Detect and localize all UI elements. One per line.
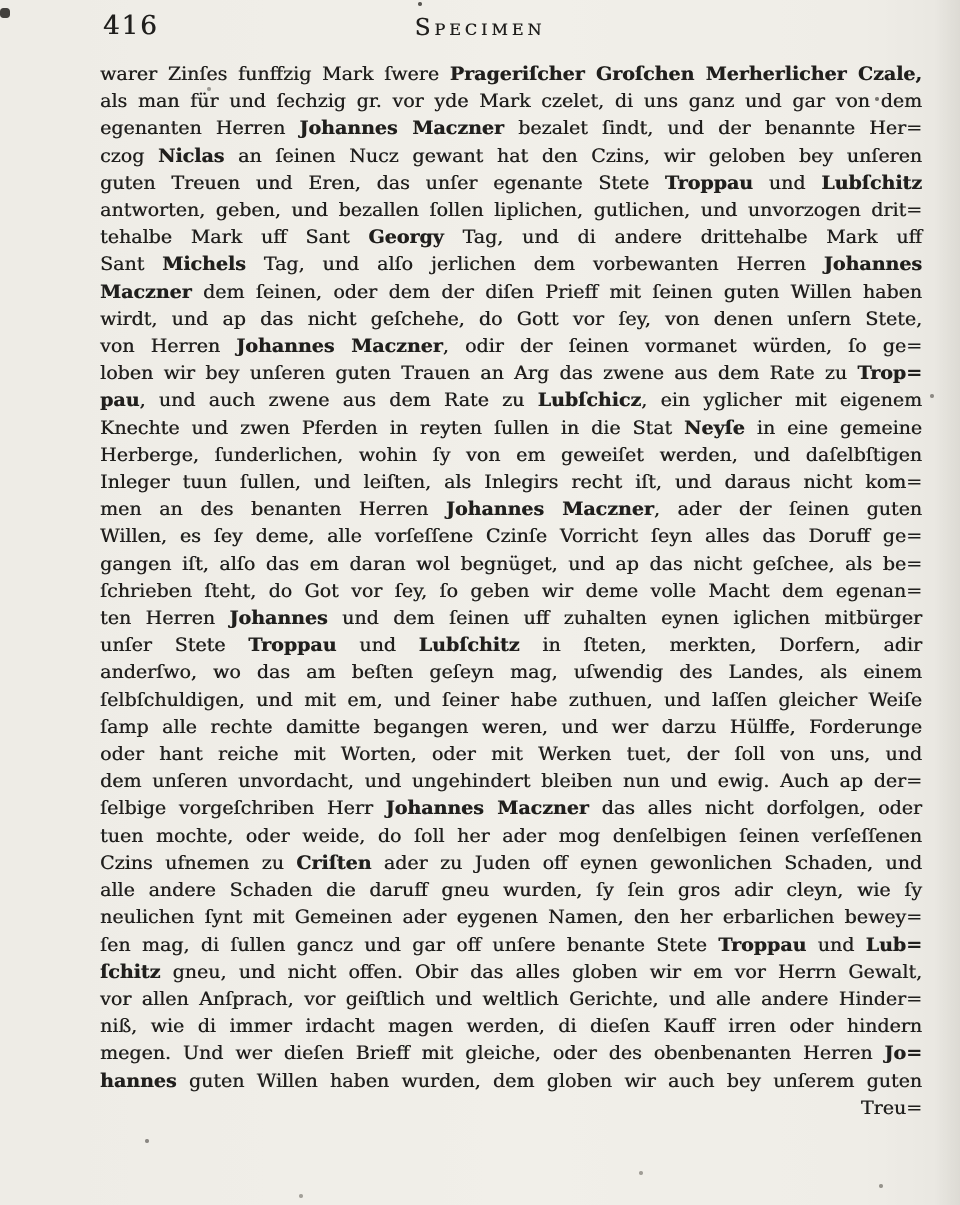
body-text-segment: und dem ſeinen uff zuhalten eynen iglich… [328, 607, 922, 629]
emphasized-text: Trop= [857, 362, 922, 384]
text-line: oder hant reiche mit Worten, oder mit We… [100, 741, 922, 768]
text-line: Sant Michels Tag, und alſo jerlichen dem… [100, 251, 922, 278]
body-text-segment: wirdt, und ap das nicht geſchehe, do Got… [100, 308, 922, 330]
text-line: niß, wie di immer irdacht magen werden, … [100, 1013, 922, 1040]
emphasized-text: Georgy [368, 226, 443, 248]
text-line: anderſwo, wo das am beſten geſeyn mag, u… [100, 659, 922, 686]
text-line: pau, und auch zwene aus dem Rate zu Lubſ… [100, 387, 922, 414]
text-line: wirdt, und ap das nicht geſchehe, do Got… [100, 306, 922, 333]
body-text-segment: ader zu Juden off eynen gewonlichen Scha… [371, 852, 922, 874]
paper-speckles [0, 0, 2, 2]
body-text-segment: und [336, 634, 418, 656]
text-line: unſer Stete Troppau und Lubſchitz in ſte… [100, 632, 922, 659]
body-text-segment: ſen mag, di ſullen gancz und gar off unſ… [100, 934, 718, 956]
scanned-book-page: 416 Specimen warer Zinſes funffzig Mark … [0, 0, 960, 1205]
text-line: loben wir bey unſeren guten Trauen an Ar… [100, 360, 922, 387]
body-text-segment: an ſeinen Nucz gewant hat den Czins, wir… [224, 145, 922, 167]
body-text-segment: , und auch zwene aus dem Rate zu [139, 389, 537, 411]
emphasized-text: Johannes Maczner [236, 335, 443, 357]
emphasized-text: Johannes Maczner [446, 498, 654, 520]
body-text-segment: antworten, geben, und bezallen ſollen li… [100, 199, 922, 221]
text-line: ſelbſchuldigen, und mit em, und ſeiner h… [100, 687, 922, 714]
running-title: Specimen [0, 15, 960, 41]
text-line: von Herren Johannes Maczner, odir der ſe… [100, 333, 922, 360]
body-text-segment: gneu, und nicht offen. Obir das alles gl… [160, 961, 922, 983]
body-text-segment: neulichen ſynt mit Gemeinen ader eygenen… [100, 906, 922, 928]
body-text-segment: dem ſeinen, oder dem der diſen Prieff mi… [192, 281, 922, 303]
text-line: guten Treuen und Eren, das unſer egenant… [100, 170, 922, 197]
text-line: Inleger tuun ſullen, und leiſten, als In… [100, 469, 922, 496]
emphasized-text: Maczner [100, 281, 192, 303]
body-text-segment: warer Zinſes funffzig Mark ſwere [100, 63, 450, 85]
emphasized-text: Niclas [158, 145, 224, 167]
body-text-segment: Inleger tuun ſullen, und leiſten, als In… [100, 471, 922, 493]
body-text-segment: ten Herren [100, 607, 229, 629]
emphasized-text: Johannes [824, 253, 922, 275]
emphasized-text: Lubſchitz [821, 172, 922, 194]
body-text-segment: egenanten Herren [100, 117, 299, 139]
body-text-segment: dem unſeren unvordacht, und ungehindert … [100, 770, 922, 792]
text-line: Maczner dem ſeinen, oder dem der diſen P… [100, 279, 922, 306]
body-text-segment: gangen iſt, alſo das em daran wol begnüg… [100, 553, 922, 575]
emphasized-text: hannes [100, 1070, 177, 1092]
emphasized-text: Johannes Maczner [299, 117, 504, 139]
text-line: czog Niclas an ſeinen Nucz gewant hat de… [100, 143, 922, 170]
text-line: ten Herren Johannes und dem ſeinen uff z… [100, 605, 922, 632]
emphasized-text: Neyſe [684, 417, 745, 439]
body-text-segment: ſamp alle rechte damitte begangen weren,… [100, 716, 922, 738]
emphasized-text: Lub= [866, 934, 922, 956]
emphasized-text: Jo= [884, 1042, 922, 1064]
emphasized-text: ſchitz [100, 961, 160, 983]
body-text-segment: czog [100, 145, 158, 167]
body-text-segment: loben wir bey unſeren guten Trauen an Ar… [100, 362, 857, 384]
emphasized-text: Troppau [665, 172, 753, 194]
emphasized-text: Johannes [229, 607, 327, 629]
body-text-segment: Tag, und di andere drittehalbe Mark uff [444, 226, 922, 248]
text-line: neulichen ſynt mit Gemeinen ader eygenen… [100, 904, 922, 931]
body-text-segment: guten Treuen und Eren, das unſer egenant… [100, 172, 665, 194]
body-text-segment: unſer Stete [100, 634, 248, 656]
emphasized-text: Lubſchicz [538, 389, 642, 411]
body-text: warer Zinſes funffzig Mark ſwere Prageri… [100, 61, 922, 1122]
body-text-segment: niß, wie di immer irdacht magen werden, … [100, 1015, 922, 1037]
text-line: Knechte und zwen Pferden in reyten ſulle… [100, 415, 922, 442]
scan-edge-shadow [934, 0, 960, 1205]
body-text-segment: ſelbige vorgeſchriben Herr [100, 797, 386, 819]
body-text-segment: , ein yglicher mit eigenem [641, 389, 922, 411]
text-line: ſchitz gneu, und nicht offen. Obir das a… [100, 959, 922, 986]
text-line: Czins ufnemen zu Criſten ader zu Juden o… [100, 850, 922, 877]
text-line: egenanten Herren Johannes Maczner bezale… [100, 115, 922, 142]
text-line: ſchrieben ſteht, do Got vor ſey, ſo gebe… [100, 578, 922, 605]
text-line: hannes guten Willen haben wurden, dem gl… [100, 1068, 922, 1095]
text-line: gangen iſt, alſo das em daran wol begnüg… [100, 551, 922, 578]
emphasized-text: Johannes Maczner [386, 797, 589, 819]
body-text-segment: anderſwo, wo das am beſten geſeyn mag, u… [100, 661, 922, 683]
text-line: Willen, es ſey deme, alle vorſeſſene Czi… [100, 523, 922, 550]
body-text-segment: ſchrieben ſteht, do Got vor ſey, ſo gebe… [100, 580, 922, 602]
body-text-segment: vor allen Anſprach, vor geiſtlich und we… [100, 988, 922, 1010]
body-text-segment: Knechte und zwen Pferden in reyten ſulle… [100, 417, 684, 439]
body-text-segment: Sant [100, 253, 162, 275]
emphasized-text: Criſten [296, 852, 371, 874]
text-line: Herberge, ſunderlichen, wohin ſy von em … [100, 442, 922, 469]
text-line: antworten, geben, und bezallen ſollen li… [100, 197, 922, 224]
emphasized-text: Michels [162, 253, 246, 275]
text-line: tehalbe Mark uff Sant Georgy Tag, und di… [100, 224, 922, 251]
body-text-segment: in ſteten, merkten, Dorfern, adir [519, 634, 922, 656]
body-text-segment: , odir der ſeinen vormanet würden, ſo ge… [443, 335, 922, 357]
text-line: dem unſeren unvordacht, und ungehindert … [100, 768, 922, 795]
body-text-segment: und [806, 934, 865, 956]
body-text-segment: das alles nicht dorfolgen, oder [589, 797, 922, 819]
text-line: ſamp alle rechte damitte begangen weren,… [100, 714, 922, 741]
text-line: megen. Und wer dieſen Brieff mit gleiche… [100, 1040, 922, 1067]
body-text-segment: in eine gemeine [745, 417, 922, 439]
emphasized-text: Troppau [248, 634, 336, 656]
body-text-segment: und [753, 172, 821, 194]
body-text-segment: oder hant reiche mit Worten, oder mit We… [100, 743, 922, 765]
body-text-segment: , ader der ſeinen guten [654, 498, 922, 520]
emphasized-text: Lubſchitz [419, 634, 520, 656]
text-line: tuen mochte, oder weide, do ſoll her ade… [100, 823, 922, 850]
emphasized-text: Troppau [718, 934, 806, 956]
body-text-segment: men an des benanten Herren [100, 498, 446, 520]
body-text-segment: megen. Und wer dieſen Brieff mit gleiche… [100, 1042, 884, 1064]
text-line: ſen mag, di ſullen gancz und gar off unſ… [100, 932, 922, 959]
body-text-segment: tehalbe Mark uff Sant [100, 226, 368, 248]
text-line: warer Zinſes funffzig Mark ſwere Prageri… [100, 61, 922, 88]
text-line: als man für und ſechzig gr. vor yde Mark… [100, 88, 922, 115]
body-text-segment: alle andere Schaden die daruff gneu wurd… [100, 879, 922, 901]
emphasized-text: pau [100, 389, 139, 411]
body-text-segment: ſelbſchuldigen, und mit em, und ſeiner h… [100, 689, 922, 711]
body-text-segment: Czins ufnemen zu [100, 852, 296, 874]
body-text-segment: Willen, es ſey deme, alle vorſeſſene Czi… [100, 525, 922, 547]
catchword: Treu= [100, 1095, 922, 1122]
body-text-segment: guten Willen haben wurden, dem globen wi… [177, 1070, 922, 1092]
body-text-segment: Tag, und alſo jerlichen dem vorbewanten … [246, 253, 824, 275]
body-text-segment: Herberge, ſunderlichen, wohin ſy von em … [100, 444, 922, 466]
body-text-segment: von Herren [100, 335, 236, 357]
text-line: ſelbige vorgeſchriben Herr Johannes Macz… [100, 795, 922, 822]
body-text-segment: bezalet ſindt, und der benannte Her= [504, 117, 922, 139]
text-line: alle andere Schaden die daruff gneu wurd… [100, 877, 922, 904]
body-text-segment: tuen mochte, oder weide, do ſoll her ade… [100, 825, 922, 847]
body-text-segment: als man für und ſechzig gr. vor yde Mark… [100, 90, 922, 112]
emphasized-text: Prageriſcher Groſchen Merherlicher Czale… [450, 63, 922, 85]
text-line: vor allen Anſprach, vor geiſtlich und we… [100, 986, 922, 1013]
text-line: men an des benanten Herren Johannes Macz… [100, 496, 922, 523]
